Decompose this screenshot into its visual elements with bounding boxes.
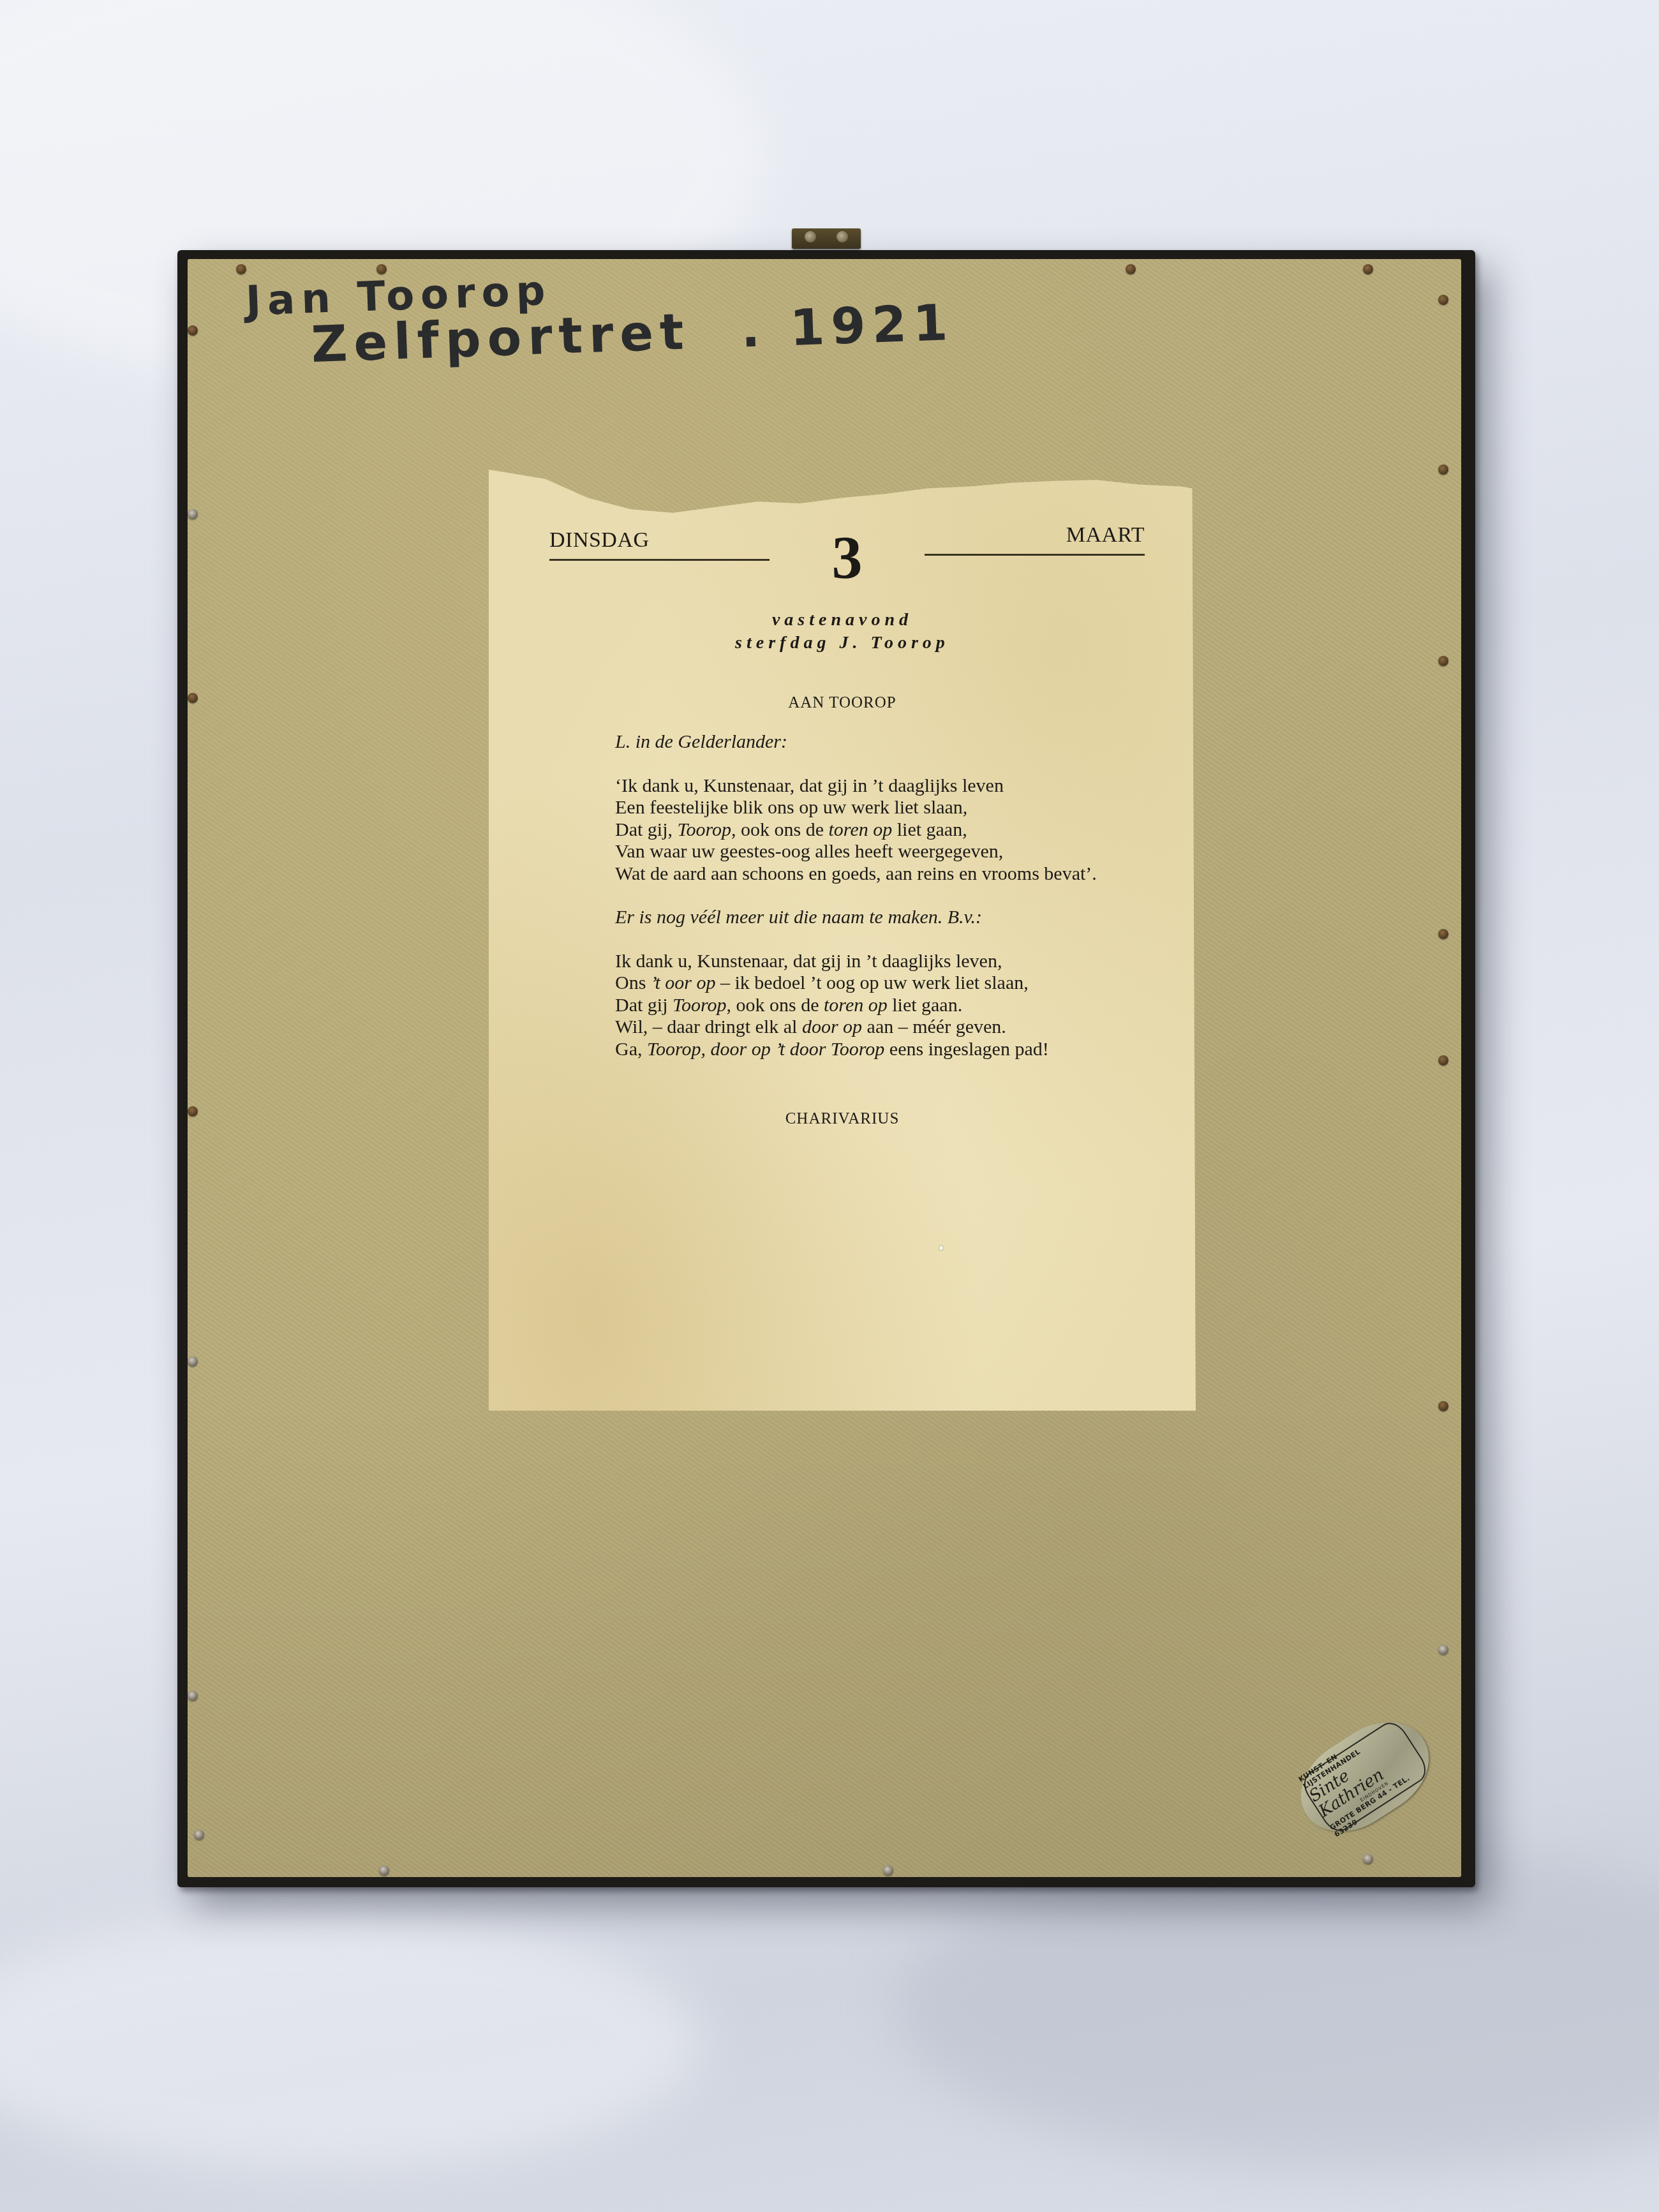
screw-icon: [837, 231, 848, 242]
calendar-weekday: DINSDAG: [549, 528, 770, 561]
calendar-subtitle-anniversary: sterfdag J. Toorop: [489, 633, 1196, 653]
poem-signature: CHARIVARIUS: [489, 1110, 1196, 1128]
calendar-header: DINSDAG 3 MAART: [549, 528, 1145, 605]
nail-icon: [1438, 295, 1448, 305]
poem-line: ‘Ik dank u, Kunstenaar, dat gij in ’t da…: [615, 775, 1170, 798]
nail-icon: [1363, 264, 1373, 274]
paper-pinhole: [939, 1245, 943, 1251]
poem-line: Een feestelijke blik ons op uw werk liet…: [615, 797, 1170, 819]
nail-icon: [188, 1691, 198, 1701]
nail-icon: [188, 693, 198, 703]
nail-icon: [194, 1830, 204, 1840]
nail-icon: [188, 1106, 198, 1117]
nail-icon: [1438, 656, 1448, 666]
poem-line: Ik dank u, Kunstenaar, dat gij in ’t daa…: [615, 951, 1170, 973]
nail-icon: [188, 325, 198, 336]
cloth-shadow: [893, 1850, 1659, 2169]
calendar-subtitle-feast: vastenavond: [489, 610, 1196, 630]
calendar-day-number: 3: [832, 522, 863, 593]
nail-icon: [188, 1356, 198, 1367]
calendar-month: MAART: [925, 523, 1145, 556]
calendar-page: DINSDAG 3 MAART vastenavond sterfdag J. …: [489, 470, 1196, 1411]
nail-icon: [1438, 1645, 1448, 1655]
screw-icon: [805, 231, 816, 242]
nail-icon: [236, 264, 246, 274]
poem-stanza-1: ‘Ik dank u, Kunstenaar, dat gij in ’t da…: [615, 775, 1170, 886]
poem-intro: L. in de Gelderlander:: [615, 731, 787, 752]
nail-icon: [1438, 1055, 1448, 1065]
picture-frame: Jan Toorop Zelfportret. 1921 DINSDAG 3 M…: [177, 250, 1475, 1887]
nail-icon: [1438, 1401, 1448, 1411]
poem-line: Ons ’t oor op – ik bedoel ’t oog op uw w…: [615, 972, 1170, 995]
poem-line: Wat de aard aan schoons en goeds, aan re…: [615, 863, 1170, 886]
nail-icon: [1126, 264, 1136, 274]
backing-board: Jan Toorop Zelfportret. 1921 DINSDAG 3 M…: [188, 259, 1461, 1877]
poem-line: Dat gij, Toorop, ook ons de toren op lie…: [615, 819, 1170, 842]
nail-icon: [1363, 1854, 1373, 1864]
nail-icon: [1438, 929, 1448, 939]
hanging-bracket: [792, 228, 861, 249]
nail-icon: [883, 1866, 893, 1876]
inscription-date: . 1921: [740, 294, 955, 359]
poem-stanza-2: Ik dank u, Kunstenaar, dat gij in ’t daa…: [615, 951, 1170, 1061]
cloth-highlight: [0, 1914, 702, 2169]
poem-line: Wil, – daar dringt elk al door op aan – …: [615, 1016, 1170, 1039]
nail-icon: [379, 1866, 389, 1876]
poem-line: Ga, Toorop, door op ’t door Toorop eens …: [615, 1039, 1170, 1061]
nail-icon: [1438, 464, 1448, 475]
poem-line: Van waar uw geestes-oog alles heeft weer…: [615, 841, 1170, 863]
nail-icon: [188, 509, 198, 519]
poem-body: L. in de Gelderlander: ‘Ik dank u, Kunst…: [615, 731, 1170, 1082]
poem-transition: Er is nog véél meer uit die naam te make…: [615, 907, 982, 928]
poem-line: Dat gij Toorop, ook ons de toren op liet…: [615, 995, 1170, 1017]
poem-title: AAN TOOROP: [489, 694, 1196, 712]
